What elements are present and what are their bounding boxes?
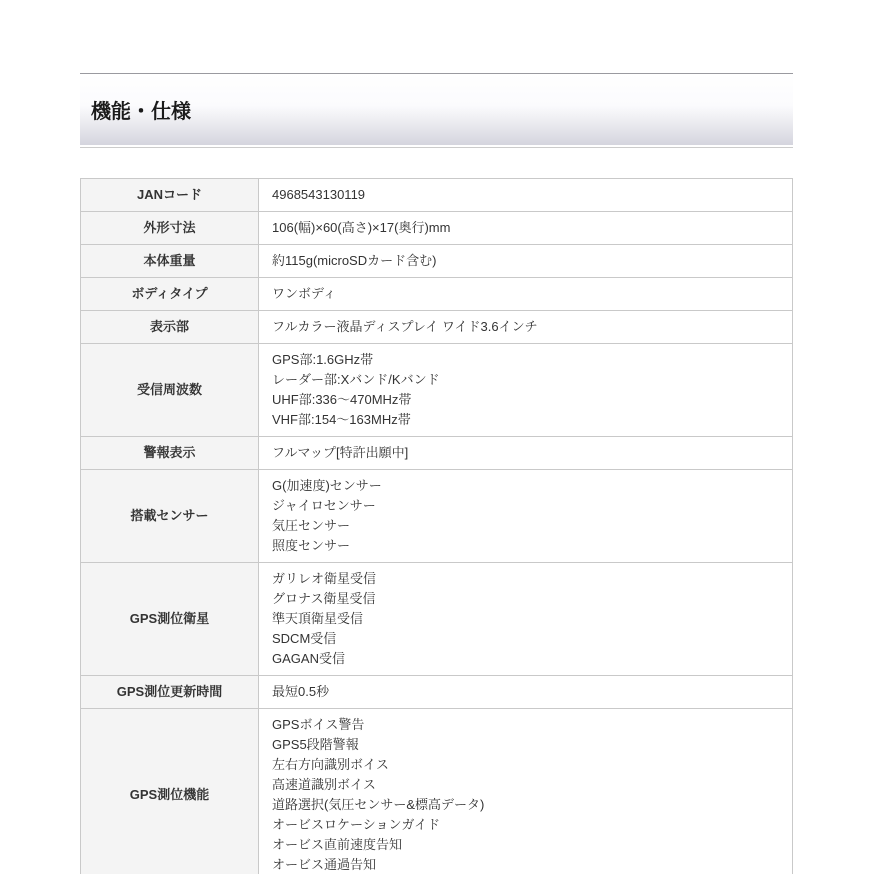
spec-table-body: JANコード4968543130119外形寸法106(幅)×60(高さ)×17(… xyxy=(81,179,793,874)
spec-row: JANコード4968543130119 xyxy=(81,179,793,212)
content-area: 機能・仕様 JANコード4968543130119外形寸法106(幅)×60(高… xyxy=(80,73,793,874)
spec-value-line: 約115g(microSDカード含む) xyxy=(272,251,779,271)
spec-row: 本体重量約115g(microSDカード含む) xyxy=(81,245,793,278)
spec-value: フルカラー液晶ディスプレイ ワイド3.6インチ xyxy=(259,311,793,344)
spec-table: JANコード4968543130119外形寸法106(幅)×60(高さ)×17(… xyxy=(80,178,793,874)
spec-value-line: 高速道識別ボイス xyxy=(272,775,779,795)
spec-value: 4968543130119 xyxy=(259,179,793,212)
spec-label: 受信周波数 xyxy=(81,344,259,437)
spec-value-line: オービス通過告知 xyxy=(272,855,779,874)
spec-value-line: ジャイロセンサー xyxy=(272,496,779,516)
spec-value-line: 準天頂衛星受信 xyxy=(272,609,779,629)
spec-row: 表示部フルカラー液晶ディスプレイ ワイド3.6インチ xyxy=(81,311,793,344)
spec-value: ガリレオ衛星受信グロナス衛星受信準天頂衛星受信SDCM受信GAGAN受信 xyxy=(259,563,793,676)
spec-value-line: G(加速度)センサー xyxy=(272,476,779,496)
section-header: 機能・仕様 xyxy=(80,73,793,145)
spec-value-line: SDCM受信 xyxy=(272,629,779,649)
spec-value-line: フルカラー液晶ディスプレイ ワイド3.6インチ xyxy=(272,317,779,337)
spec-value: フルマップ[特許出願中] xyxy=(259,437,793,470)
spec-value-line: GAGAN受信 xyxy=(272,649,779,669)
spec-value-line: 気圧センサー xyxy=(272,516,779,536)
spec-row: GPS測位機能GPSボイス警告GPS5段階警報左右方向識別ボイス高速道識別ボイス… xyxy=(81,709,793,874)
spec-row: 外形寸法106(幅)×60(高さ)×17(奥行)mm xyxy=(81,212,793,245)
header-divider xyxy=(80,147,793,148)
spec-value: 最短0.5秒 xyxy=(259,676,793,709)
spec-value-line: UHF部:336〜470MHz帯 xyxy=(272,390,779,410)
spec-label: 警報表示 xyxy=(81,437,259,470)
spec-value: GPSボイス警告GPS5段階警報左右方向識別ボイス高速道識別ボイス道路選択(気圧… xyxy=(259,709,793,874)
spec-value-line: GPS部:1.6GHz帯 xyxy=(272,350,779,370)
spec-value-line: GPS5段階警報 xyxy=(272,735,779,755)
spec-value: GPS部:1.6GHz帯レーダー部:Xバンド/KバンドUHF部:336〜470M… xyxy=(259,344,793,437)
spec-label: ボディタイプ xyxy=(81,278,259,311)
spec-value-line: 照度センサー xyxy=(272,536,779,556)
page-title: 機能・仕様 xyxy=(80,95,191,124)
spec-value-line: 106(幅)×60(高さ)×17(奥行)mm xyxy=(272,218,779,238)
spec-row: GPS測位更新時間最短0.5秒 xyxy=(81,676,793,709)
spec-label: 外形寸法 xyxy=(81,212,259,245)
spec-row: 搭載センサーG(加速度)センサージャイロセンサー気圧センサー照度センサー xyxy=(81,470,793,563)
spec-value: G(加速度)センサージャイロセンサー気圧センサー照度センサー xyxy=(259,470,793,563)
spec-value-line: グロナス衛星受信 xyxy=(272,589,779,609)
spec-row: 受信周波数GPS部:1.6GHz帯レーダー部:Xバンド/KバンドUHF部:336… xyxy=(81,344,793,437)
spec-label: 搭載センサー xyxy=(81,470,259,563)
spec-value-line: VHF部:154〜163MHz帯 xyxy=(272,410,779,430)
spec-value: 106(幅)×60(高さ)×17(奥行)mm xyxy=(259,212,793,245)
spec-value-line: フルマップ[特許出願中] xyxy=(272,443,779,463)
spec-value: ワンボディ xyxy=(259,278,793,311)
spec-row: 警報表示フルマップ[特許出願中] xyxy=(81,437,793,470)
spec-value-line: 最短0.5秒 xyxy=(272,682,779,702)
spec-label: JANコード xyxy=(81,179,259,212)
spec-row: ボディタイプワンボディ xyxy=(81,278,793,311)
spec-value-line: 4968543130119 xyxy=(272,185,779,205)
spec-row: GPS測位衛星ガリレオ衛星受信グロナス衛星受信準天頂衛星受信SDCM受信GAGA… xyxy=(81,563,793,676)
spec-label: 表示部 xyxy=(81,311,259,344)
spec-value-line: レーダー部:Xバンド/Kバンド xyxy=(272,370,779,390)
spec-value-line: ガリレオ衛星受信 xyxy=(272,569,779,589)
spec-value-line: 左右方向識別ボイス xyxy=(272,755,779,775)
spec-value: 約115g(microSDカード含む) xyxy=(259,245,793,278)
spec-value-line: 道路選択(気圧センサー&標高データ) xyxy=(272,795,779,815)
spec-label: GPS測位機能 xyxy=(81,709,259,874)
spec-label: GPS測位更新時間 xyxy=(81,676,259,709)
spec-value-line: オービスロケーションガイド xyxy=(272,815,779,835)
spec-value-line: GPSボイス警告 xyxy=(272,715,779,735)
spec-value-line: オービス直前速度告知 xyxy=(272,835,779,855)
spec-label: 本体重量 xyxy=(81,245,259,278)
spec-label: GPS測位衛星 xyxy=(81,563,259,676)
spec-value-line: ワンボディ xyxy=(272,284,779,304)
